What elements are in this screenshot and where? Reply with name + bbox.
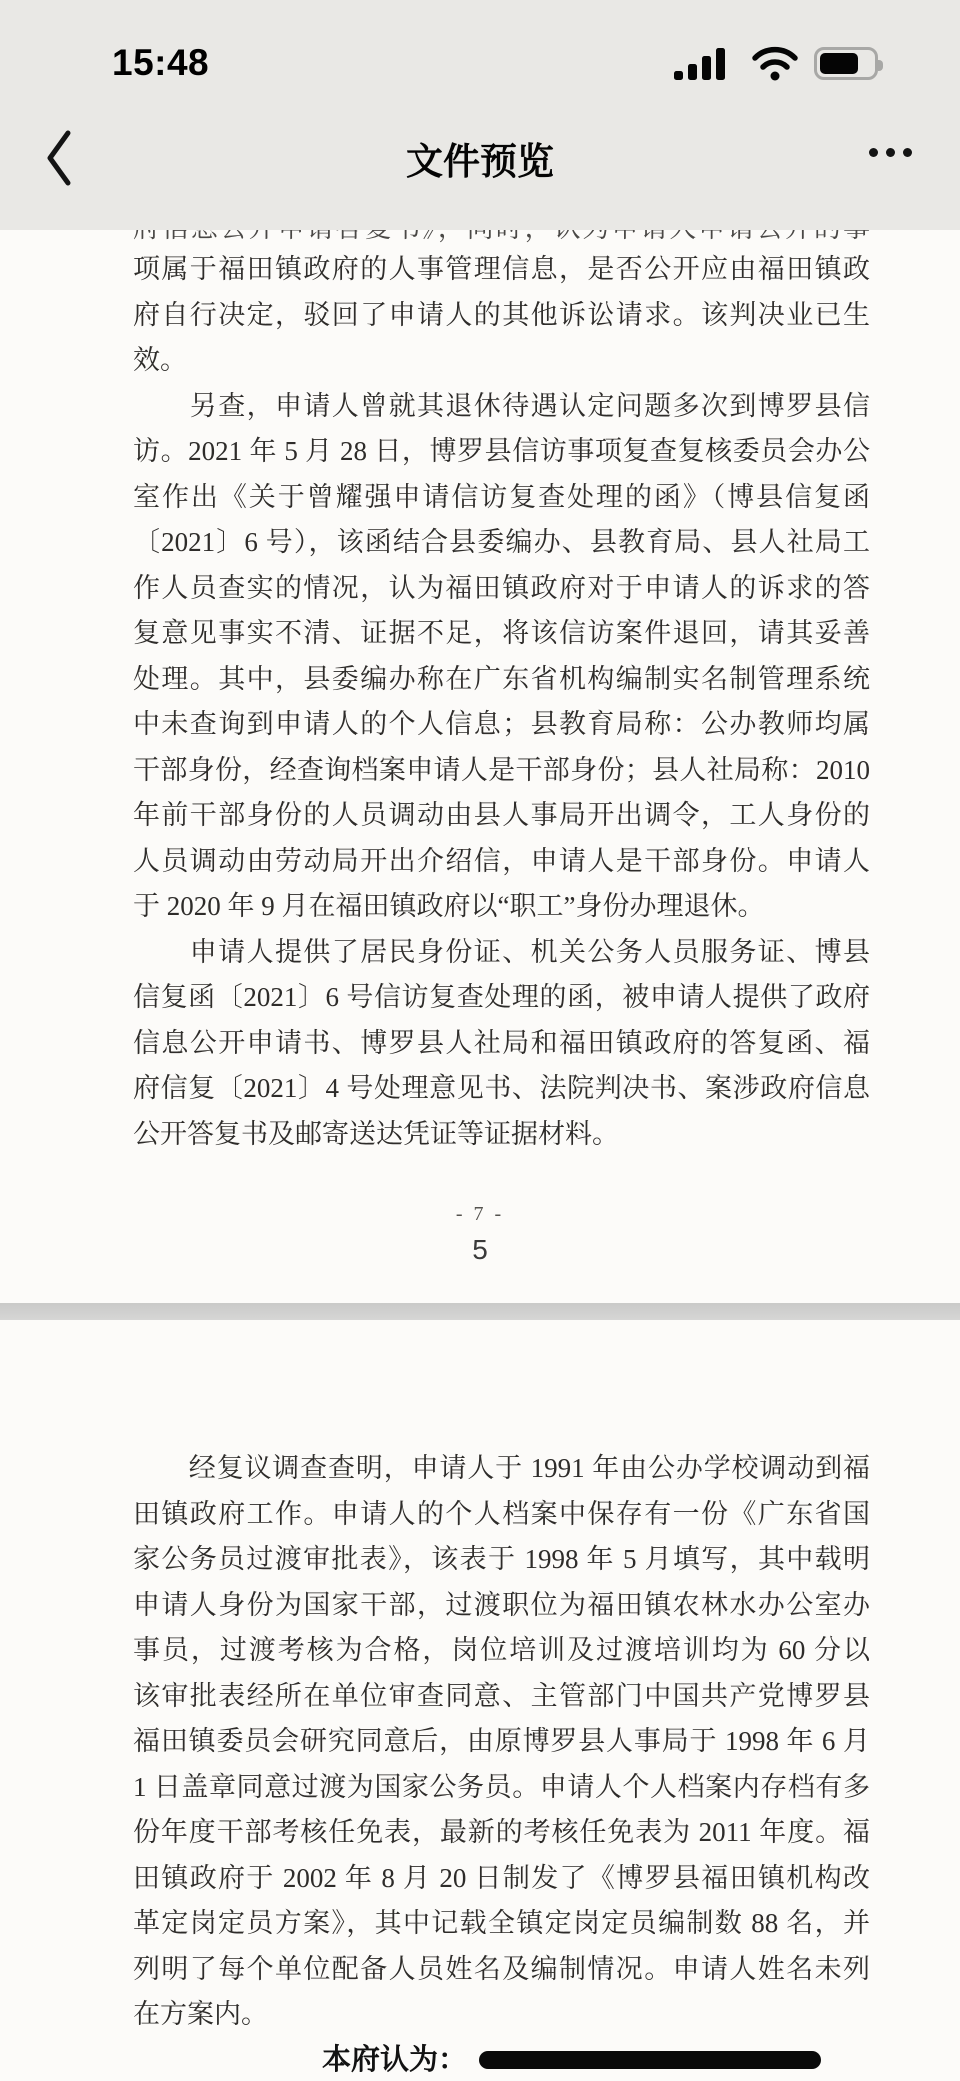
status-icons — [672, 43, 878, 83]
clock: 15:48 — [112, 42, 209, 84]
document-line: 效。 — [133, 338, 870, 384]
document-footer-page-number: - 7 - — [0, 1203, 960, 1226]
document-line: 该审批表经所在单位审查同意、主管部门中国共产党博罗县 — [133, 1674, 870, 1720]
document-line: 经复议调查查明，申请人于 1991 年由公办学校调动到福 — [133, 1446, 870, 1492]
document-line: 于 2020 年 9 月在福田镇政府以“职工”身份办理退休。 — [133, 884, 870, 930]
document-line: 田镇政府于 2002 年 8 月 20 日制发了《博罗县福田镇机构改 — [133, 1856, 870, 1902]
document-line: 份年度干部考核任免表，最新的考核任免表为 2011 年度。福 — [133, 1810, 870, 1856]
closing-line: 本府认为： — [322, 2038, 870, 2081]
nav-bar: 文件预览 — [0, 104, 960, 212]
viewer-page-number: 5 — [0, 1234, 960, 1266]
document-line: 复意见事实不清、证据不足，将该信访案件退回，请其妥善 — [133, 611, 870, 657]
battery-cap — [878, 60, 883, 71]
battery-fill — [820, 53, 858, 74]
status-bar: 15:48 — [0, 28, 960, 98]
document-preview[interactable]: 府信息公开申请答复书》，同时，认为申请人申请公开的事 项属于福田镇政府的人事管理… — [0, 230, 960, 2081]
page-title: 文件预览 — [0, 131, 960, 185]
app-chrome: 15:48 — [0, 0, 960, 230]
document-line: 在方案内。 — [133, 1992, 870, 2038]
document-line: 室作出《关于曾耀强申请信访复查处理的函》（博县信复函 — [133, 475, 870, 521]
closing-label: 本府认为： — [322, 2044, 467, 2076]
document-line: 1 日盖章同意过渡为国家公务员。申请人个人档案内存档有多 — [133, 1765, 870, 1811]
document-line: 府信息公开申请答复书》，同时，认为申请人申请公开的事 — [133, 230, 870, 247]
file-preview-screen: 15:48 — [0, 0, 960, 2081]
document-line: 中未查询到申请人的个人信息；县教育局称：公办教师均属 — [133, 702, 870, 748]
document-line: 公开答复书及邮寄送达凭证等证据材料。 — [133, 1112, 870, 1158]
document-line: 〔2021〕6 号），该函结合县委编办、县教育局、县人社局工 — [133, 520, 870, 566]
document-line: 作人员查实的情况，认为福田镇政府对于申请人的诉求的答 — [133, 566, 870, 612]
back-chevron-icon[interactable] — [42, 126, 76, 190]
document-line: 信息公开申请书、博罗县人社局和福田镇政府的答复函、福 — [133, 1021, 870, 1067]
document-line: 福田镇委员会研究同意后，由原博罗县人事局于 1998 年 6 月 — [133, 1719, 870, 1765]
document-line: 府信复〔2021〕4 号处理意见书、法院判决书、案涉政府信息 — [133, 1066, 870, 1112]
battery-icon — [814, 47, 878, 80]
document-line: 府自行决定，驳回了申请人的其他诉讼请求。该判决业已生 — [133, 293, 870, 339]
wifi-icon — [749, 43, 801, 83]
document-line: 申请人提供了居民身份证、机关公务人员服务证、博县 — [133, 930, 870, 976]
cellular-signal-icon — [672, 43, 736, 83]
document-line: 访。2021 年 5 月 28 日，博罗县信访事项复查复核委员会办公 — [133, 429, 870, 475]
document-line: 信复函〔2021〕6 号信访复查处理的函，被申请人提供了政府 — [133, 975, 870, 1021]
page-gap-divider — [0, 1303, 960, 1320]
more-menu-icon[interactable] — [869, 148, 912, 157]
document-line: 另查，申请人曾就其退休待遇认定问题多次到博罗县信 — [133, 384, 870, 430]
redaction-bar — [479, 2051, 821, 2069]
document-line: 干部身份，经查询档案申请人是干部身份；县人社局称：2010 — [133, 748, 870, 794]
document-line: 项属于福田镇政府的人事管理信息，是否公开应由福田镇政 — [133, 247, 870, 293]
document-line: 列明了每个单位配备人员姓名及编制情况。申请人姓名未列 — [133, 1947, 870, 1993]
document-page-1: 府信息公开申请答复书》，同时，认为申请人申请公开的事 项属于福田镇政府的人事管理… — [0, 230, 960, 1303]
clipped-top-line: 府信息公开申请答复书》，同时，认为申请人申请公开的事 — [133, 230, 870, 247]
document-line: 年前干部身份的人员调动由县人事局开出调令，工人身份的 — [133, 793, 870, 839]
document-page-2: 经复议调查查明，申请人于 1991 年由公办学校调动到福田镇政府工作。申请人的个… — [0, 1320, 960, 2081]
page2-text: 经复议调查查明，申请人于 1991 年由公办学校调动到福田镇政府工作。申请人的个… — [133, 1446, 870, 2038]
document-line: 申请人身份为国家干部，过渡职位为福田镇农林水办公室办 — [133, 1583, 870, 1629]
document-line: 田镇政府工作。申请人的个人档案中保存有一份《广东省国 — [133, 1492, 870, 1538]
document-line: 处理。其中，县委编办称在广东省机构编制实名制管理系统 — [133, 657, 870, 703]
document-line: 人员调动由劳动局开出介绍信，申请人是干部身份。申请人 — [133, 839, 870, 885]
document-line: 革定岗定员方案》，其中记载全镇定岗定员编制数 88 名，并 — [133, 1901, 870, 1947]
document-line: 家公务员过渡审批表》，该表于 1998 年 5 月填写，其中载明 — [133, 1537, 870, 1583]
document-line: 事员，过渡考核为合格，岗位培训及过渡培训均为 60 分以上。 — [133, 1628, 870, 1674]
page1-text: 项属于福田镇政府的人事管理信息，是否公开应由福田镇政府自行决定，驳回了申请人的其… — [133, 247, 870, 1157]
